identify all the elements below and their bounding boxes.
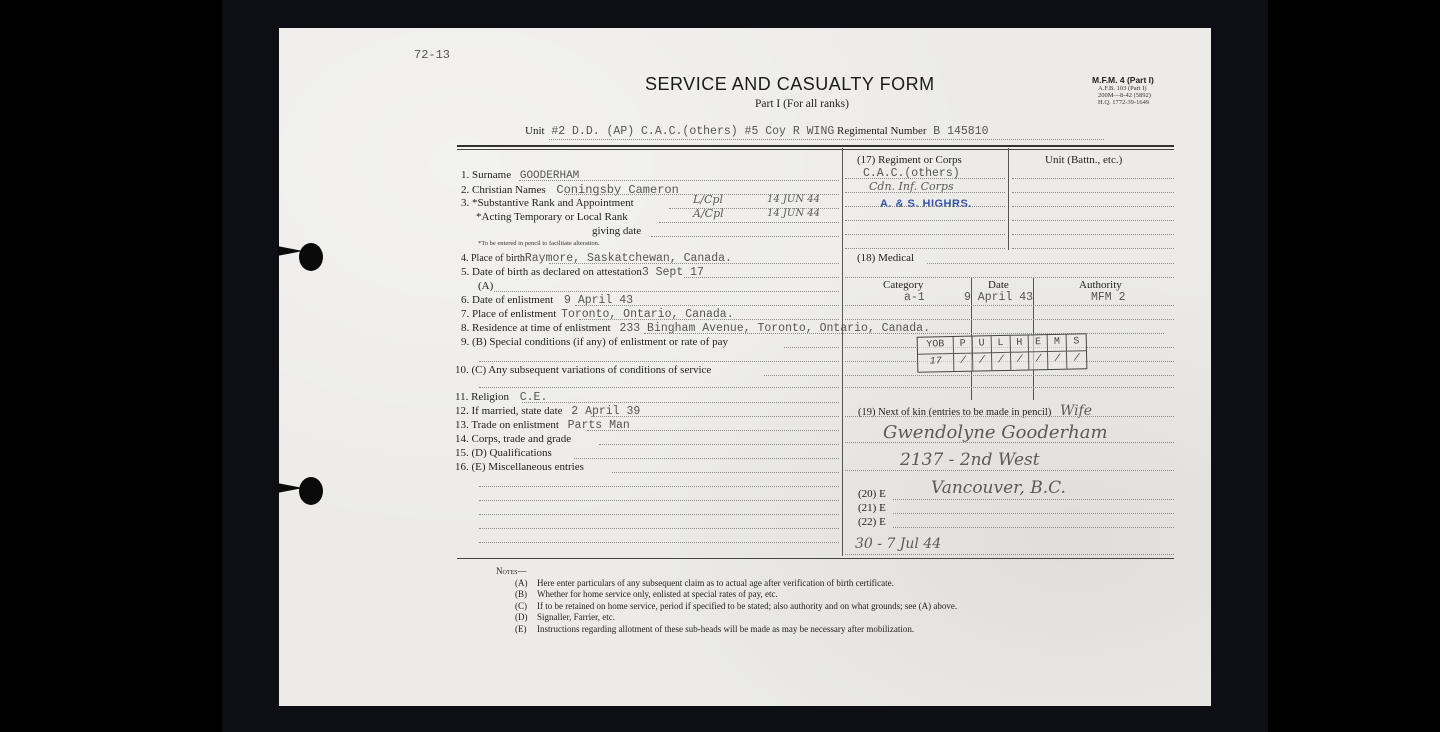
- pulhems-value: /: [1029, 352, 1048, 369]
- pulhems-header: P: [954, 337, 973, 354]
- dotline: [1012, 178, 1174, 179]
- dotline: [893, 527, 1174, 528]
- dotline: [599, 444, 839, 445]
- unit-row: Unit #2 D.D. (AP) C.A.C.(others) #5 Coy …: [525, 125, 989, 138]
- dotline: [479, 387, 839, 388]
- dotline: [845, 442, 1174, 443]
- form-ref-line: H.Q. 1772-39-1649: [1098, 99, 1154, 106]
- dotline: [479, 528, 839, 529]
- medical-date-value: 9 April 43: [964, 291, 1033, 304]
- pencil-footnote: *To be entered in pencil to facilitate a…: [478, 240, 600, 247]
- dotline: [479, 486, 839, 487]
- field-qualifications: 15. (D) Qualifications: [455, 447, 552, 459]
- medical-category-value: a-1: [904, 291, 925, 304]
- pulhems-value: /: [954, 354, 973, 371]
- dotline: [579, 319, 839, 320]
- dotline: [651, 236, 839, 237]
- dotline: [1012, 220, 1174, 221]
- pulhems-value: 17: [918, 354, 954, 372]
- notes-heading: Notes—: [496, 566, 957, 578]
- field-substantive-rank: 3. *Substantive Rank and Appointment: [461, 197, 634, 209]
- pulhems-value: /: [1048, 352, 1067, 369]
- field-note-a: (A): [478, 280, 493, 292]
- dotline: [575, 305, 839, 306]
- form-title: SERVICE AND CASUALTY FORM: [645, 74, 935, 95]
- dotline: [587, 430, 839, 431]
- acting-rank-date: 14 JUN 44: [767, 208, 820, 219]
- dotline: [845, 277, 1174, 278]
- dotline: [574, 458, 839, 459]
- next-of-kin-name: Gwendolyne Gooderham: [883, 422, 1108, 443]
- column-divider: [1008, 148, 1009, 250]
- dotline: [479, 514, 839, 515]
- field-subsequent-variations: 10. (C) Any subsequent variations of con…: [455, 364, 711, 376]
- e-field-20: (20) E: [858, 488, 886, 500]
- pulhems-header: U: [972, 336, 991, 353]
- unit-value: #2 D.D. (AP) C.A.C.(others) #5 Coy R WIN…: [551, 125, 834, 138]
- header-rule: [457, 145, 1174, 147]
- punch-hole-icon: [299, 243, 323, 271]
- medical-category-header: Category: [883, 279, 923, 291]
- unit-battn-label: Unit (Battn., etc.): [1045, 154, 1122, 166]
- next-of-kin-city: Vancouver, B.C.: [931, 478, 1066, 498]
- pulhems-value: /: [1011, 352, 1030, 369]
- dotline: [764, 375, 839, 376]
- e-field-21: (21) E: [858, 502, 886, 514]
- dotline: [845, 234, 1005, 235]
- handwritten-date: 30 - 7 Jul 44: [855, 536, 941, 552]
- dotline: [845, 470, 1174, 471]
- file-reference: 72-13: [414, 48, 450, 62]
- dotline: [479, 500, 839, 501]
- field-corps-trade-grade: 14. Corps, trade and grade: [455, 433, 571, 445]
- unit-label: Unit: [525, 125, 545, 137]
- dotline: [845, 319, 1174, 320]
- punch-hole-icon: [299, 477, 323, 505]
- pulhems-header: L: [991, 336, 1010, 353]
- dotline: [519, 180, 839, 181]
- regiment-stamp: A. & S. HIGHRS.: [880, 198, 972, 210]
- dotline: [479, 361, 839, 362]
- dotline: [845, 305, 1174, 306]
- dotline: [845, 192, 1005, 193]
- pulhems-header: S: [1067, 334, 1086, 351]
- dotline: [522, 402, 839, 403]
- dotline: [845, 248, 1005, 249]
- dotline: [927, 263, 1174, 264]
- pulhems-header: M: [1048, 335, 1067, 352]
- dotline: [479, 542, 839, 543]
- dotline: [659, 222, 839, 223]
- dotline: [494, 291, 839, 292]
- dotline: [1012, 192, 1174, 193]
- dotline: [784, 347, 839, 348]
- e-field-22: (22) E: [858, 516, 886, 528]
- regiment-label: (17) Regiment or Corps: [857, 154, 962, 166]
- regimental-number-label: Regimental Number: [837, 125, 927, 137]
- dotline: [845, 554, 1174, 555]
- dotline: [591, 416, 839, 417]
- pulhems-value: /: [973, 353, 992, 370]
- field-miscellaneous: 16. (E) Miscellaneous entries: [455, 461, 584, 473]
- medical-date-header: Date: [988, 279, 1009, 291]
- dotline: [845, 387, 1174, 388]
- form-ref-line: 200M—8-42 (5892): [1098, 92, 1154, 99]
- dotline: [893, 513, 1174, 514]
- dotline: [845, 416, 1174, 417]
- form-ref-line: A.F.B. 103 (Part I): [1098, 85, 1154, 92]
- substantive-rank-value: L/Cpl: [693, 193, 723, 206]
- bottom-rule: [457, 558, 1174, 559]
- dotline: [684, 277, 839, 278]
- field-acting-rank: *Acting Temporary or Local Rank: [476, 211, 628, 223]
- form-reference-block: M.F.M. 4 (Part I) A.F.B. 103 (Part I) 20…: [1092, 75, 1154, 106]
- pulhems-header: E: [1029, 335, 1048, 352]
- note-item: (E)Instructions regarding allotment of t…: [515, 624, 957, 636]
- pulhems-value: /: [1067, 351, 1086, 368]
- substantive-rank-date: 14 JUN 44: [767, 194, 820, 205]
- pulhems-stamp: YOB P U L H E M S 17 / / / / / / /: [917, 333, 1088, 373]
- form-code: M.F.M. 4 (Part I): [1092, 75, 1154, 85]
- dotline: [612, 472, 839, 473]
- field-giving-date: giving date: [592, 225, 641, 237]
- medical-authority-header: Authority: [1079, 279, 1122, 291]
- notes-section: Notes— (A)Here enter particulars of any …: [496, 566, 957, 635]
- dotline: [549, 263, 839, 264]
- dotline: [845, 220, 1005, 221]
- dotline: [1012, 206, 1174, 207]
- regimental-number-value: B 145810: [933, 125, 988, 138]
- dotline: [1012, 234, 1174, 235]
- field-date-of-birth: 5. Date of birth as declared on attestat…: [461, 266, 704, 279]
- pulhems-header: H: [1010, 335, 1029, 352]
- form-subtitle: Part I (For all ranks): [755, 98, 849, 110]
- column-divider: [842, 148, 843, 556]
- note-item: (A)Here enter particulars of any subsequ…: [515, 578, 957, 590]
- field-special-conditions: 9. (B) Special conditions (if any) of en…: [461, 336, 728, 348]
- service-casualty-form: 72-13 SERVICE AND CASUALTY FORM Part I (…: [279, 28, 1211, 706]
- medical-label: (18) Medical: [857, 252, 914, 264]
- dotline: [893, 499, 1174, 500]
- acting-rank-value: A/Cpl: [693, 207, 724, 220]
- dotline: [1012, 248, 1174, 249]
- dotline: [845, 206, 1005, 207]
- dotline: [845, 375, 1174, 376]
- pulhems-header: YOB: [918, 337, 954, 355]
- note-item: (B)Whether for home service only, enlist…: [515, 589, 957, 601]
- header-rule: [457, 149, 1174, 150]
- pulhems-value: /: [992, 353, 1011, 370]
- dotline: [845, 178, 1005, 179]
- note-item: (C)If to be retained on home service, pe…: [515, 601, 957, 613]
- next-of-kin-address: 2137 - 2nd West: [900, 450, 1040, 470]
- unit-dotline: [549, 139, 1104, 140]
- note-item: (D)Signaller, Farrier, etc.: [515, 612, 957, 624]
- medical-authority-value: MFM 2: [1091, 291, 1126, 304]
